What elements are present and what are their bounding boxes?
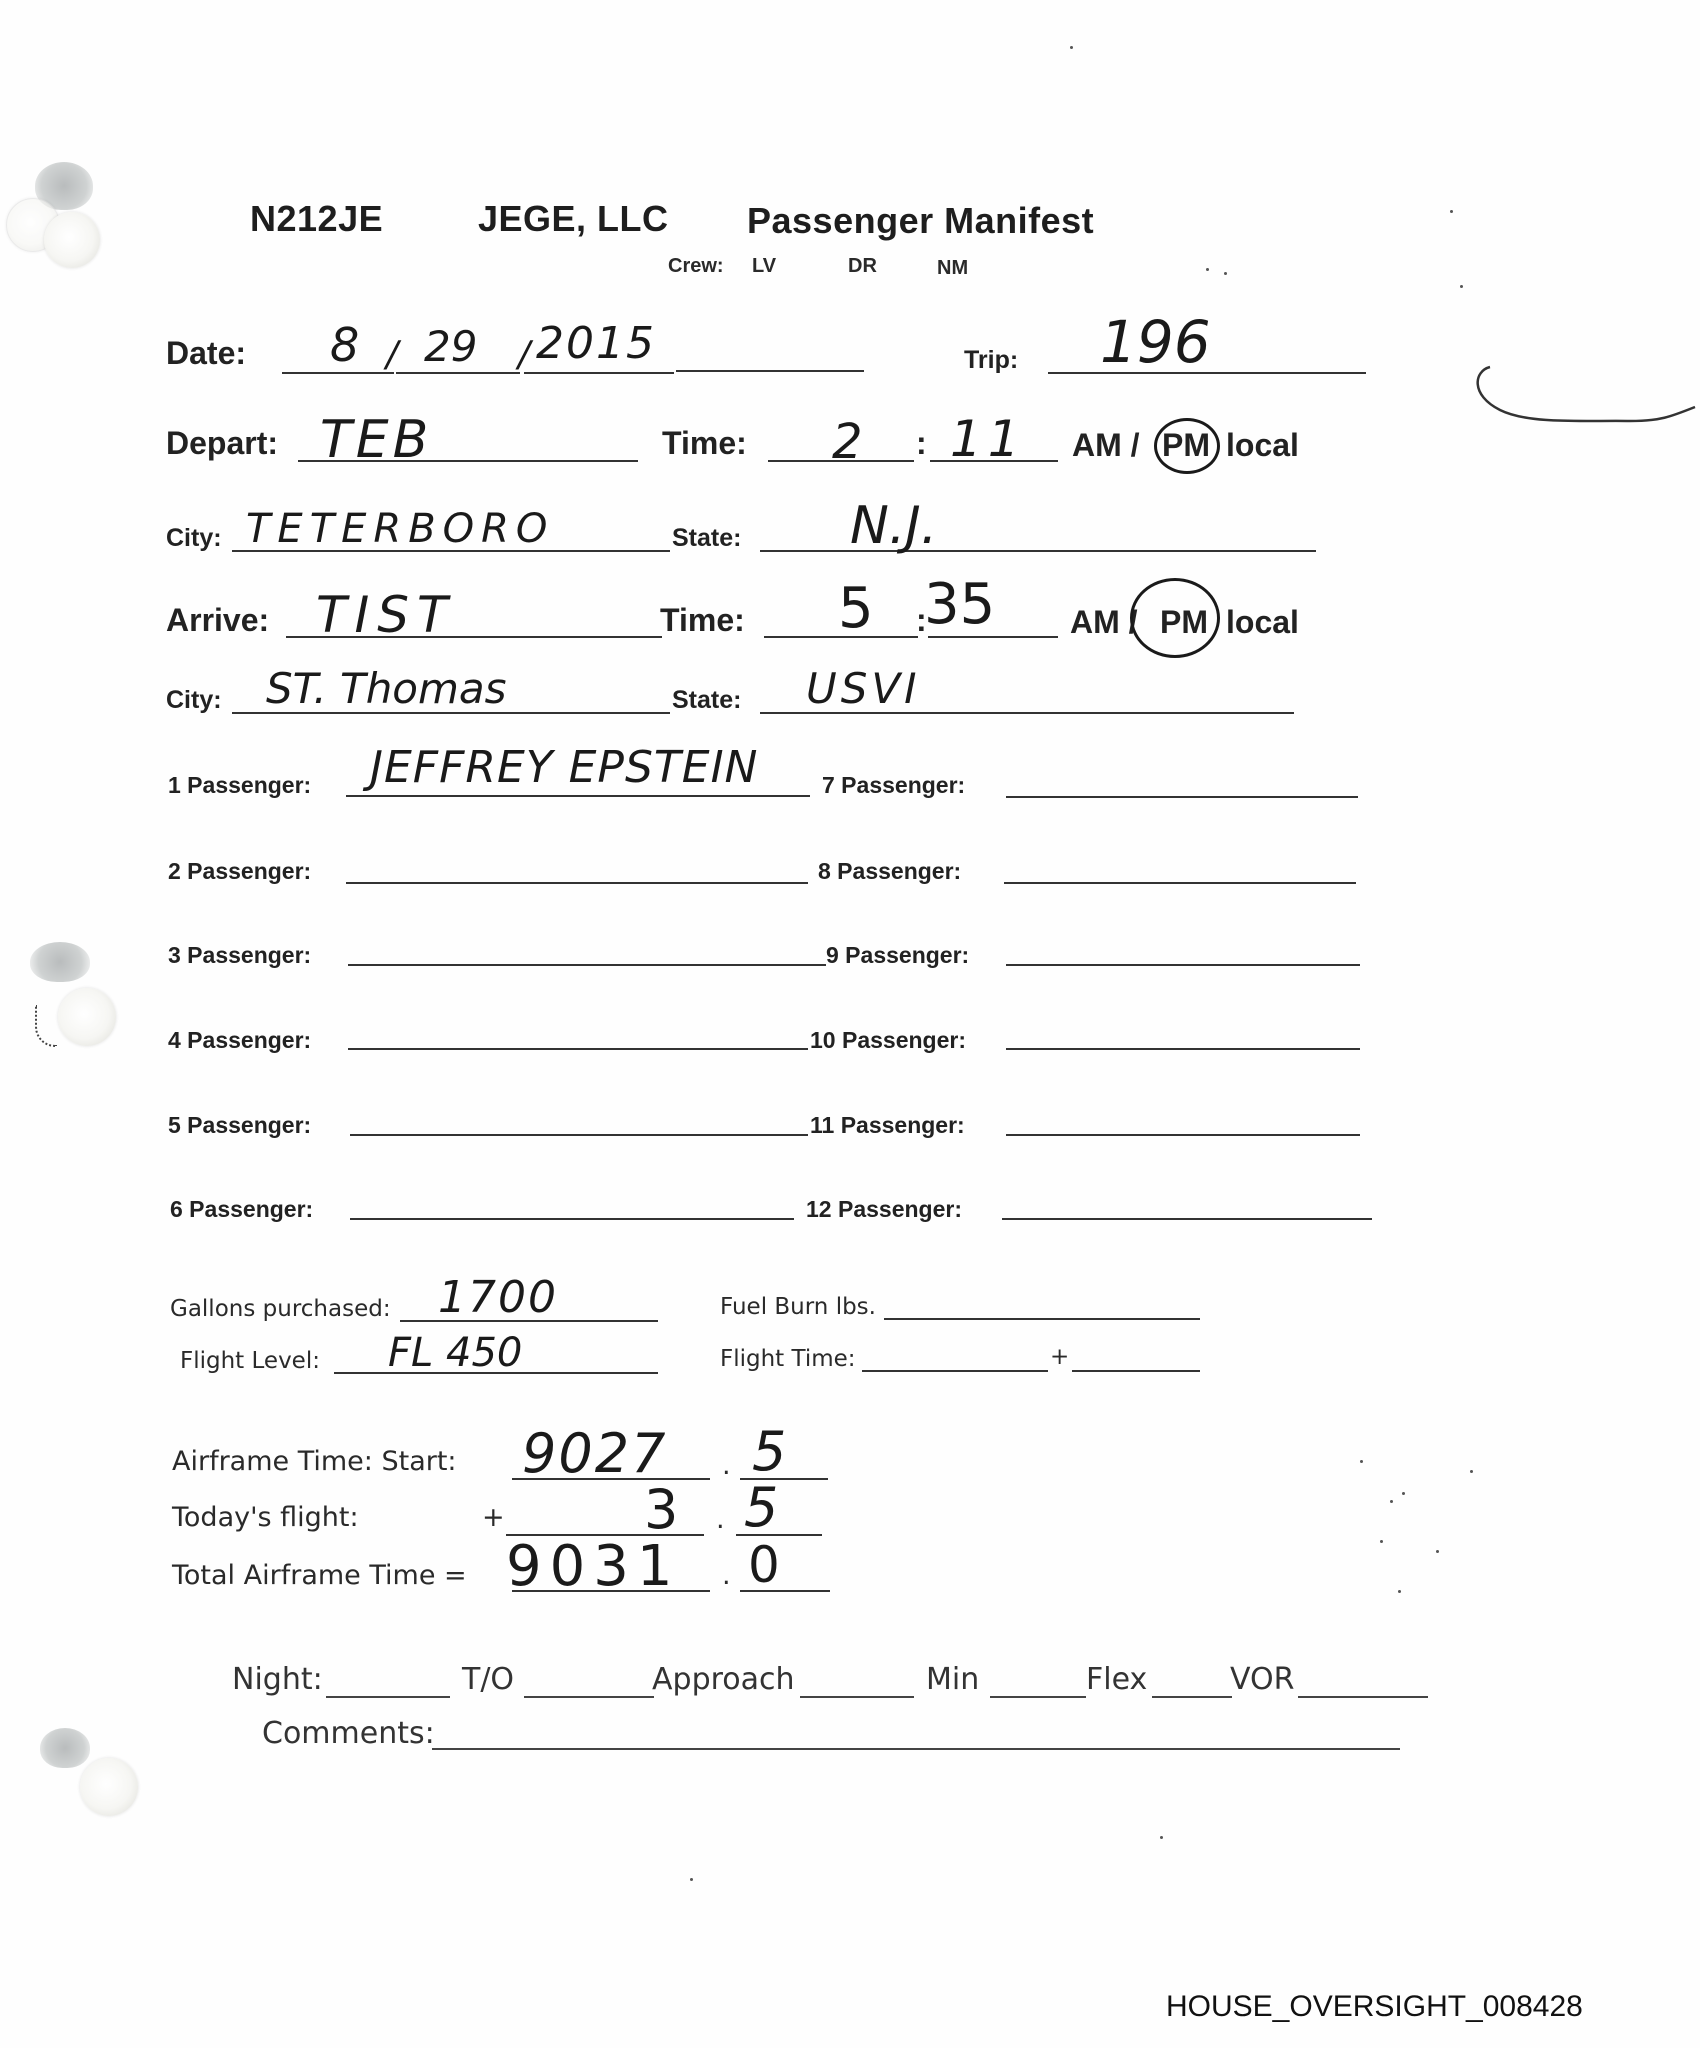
todays-flight-label: Today's flight: [172, 1502, 359, 1533]
tail-number: N212JE [250, 198, 383, 240]
flight-time-plus: + [1050, 1344, 1069, 1370]
passenger-8-label: 8 Passenger: [818, 858, 961, 885]
passenger-11-label: 11 Passenger: [810, 1112, 965, 1139]
flex-label: Flex [1086, 1662, 1147, 1697]
depart-pm-circle [1154, 418, 1220, 474]
fuel-burn-label: Fuel Burn lbs. [720, 1294, 876, 1320]
min-label: Min [926, 1662, 979, 1697]
passenger-4-label: 4 Passenger: [168, 1027, 311, 1054]
arrive-label: Arrive: [166, 602, 269, 639]
depart-time-label: Time: [662, 425, 747, 462]
total-airframe-tenth-value[interactable]: 0 [748, 1536, 780, 1594]
min-line [990, 1696, 1086, 1698]
depart-state-value[interactable]: N.J. [850, 496, 937, 556]
bates-stamp: HOUSE_OVERSIGHT_008428 [1166, 1990, 1583, 2024]
total-airframe-label: Total Airframe Time = [172, 1560, 467, 1591]
passenger-3-label: 3 Passenger: [168, 942, 311, 969]
depart-local-label: local [1226, 427, 1299, 464]
passenger-5-line [350, 1134, 808, 1136]
gallons-label: Gallons purchased: [170, 1296, 391, 1322]
passenger-9-line [1006, 964, 1360, 966]
stray-pen-mark [1470, 355, 1700, 435]
passenger-8-line [1004, 882, 1356, 884]
depart-state-label: State: [672, 524, 741, 553]
takeoff-line [524, 1696, 654, 1698]
scan-speck [1450, 210, 1453, 213]
airframe-start-whole-value[interactable]: 9027 [522, 1422, 667, 1485]
arrive-minute-value[interactable]: 35 [924, 572, 995, 637]
flight-time-minutes-line [1072, 1370, 1200, 1372]
vor-label: VOR [1230, 1662, 1294, 1697]
scan-speck [1070, 46, 1073, 49]
passenger-10-line [1006, 1048, 1360, 1050]
approach-line [800, 1696, 914, 1698]
night-line [326, 1696, 450, 1698]
crew-member-1: LV [752, 255, 776, 278]
crew-member-2: DR [848, 255, 877, 278]
scan-speck [1402, 1492, 1405, 1495]
airframe-start-label: Airframe Time: Start: [172, 1446, 457, 1477]
passenger-12-line [1002, 1218, 1372, 1220]
depart-airport-value[interactable]: TEB [320, 410, 432, 470]
hole-punch-top [0, 150, 110, 260]
scan-speck [1398, 1590, 1401, 1593]
airframe-start-tenth-value[interactable]: 5 [752, 1420, 786, 1483]
approach-label: Approach [652, 1662, 795, 1697]
passenger-7-label: 7 Passenger: [822, 772, 965, 799]
date-day-value[interactable]: 29 [424, 322, 477, 371]
arrive-hour-value[interactable]: 5 [838, 576, 874, 641]
flight-time-label: Flight Time: [720, 1346, 856, 1372]
passenger-3-line [348, 964, 826, 966]
date-month-value[interactable]: 8 [330, 318, 359, 372]
passenger-1-name[interactable]: JEFFREY EPSTEIN [370, 742, 758, 793]
passenger-6-label: 6 Passenger: [170, 1196, 313, 1223]
depart-label: Depart: [166, 425, 278, 462]
fuel-burn-line [884, 1318, 1200, 1320]
todays-flight-plus: + [482, 1502, 505, 1533]
depart-city-value[interactable]: TETERBORO [246, 506, 554, 552]
trip-label: Trip: [964, 346, 1018, 375]
flight-level-value[interactable]: FL 450 [388, 1330, 522, 1376]
todays-flight-whole-value[interactable]: 3 [644, 1478, 678, 1541]
scan-speck [690, 1878, 693, 1881]
depart-city-label: City: [166, 524, 222, 553]
passenger-10-label: 10 Passenger: [810, 1027, 966, 1054]
arrive-am-label[interactable]: AM / [1070, 604, 1138, 641]
passenger-7-line [1006, 796, 1358, 798]
company-name: JEGE, LLC [478, 198, 669, 240]
passenger-9-label: 9 Passenger: [826, 942, 969, 969]
hole-punch-bottom [30, 1720, 150, 1840]
scan-speck [1380, 1540, 1383, 1543]
passenger-2-line [346, 882, 808, 884]
depart-am-label[interactable]: AM / [1072, 427, 1140, 464]
passenger-5-label: 5 Passenger: [168, 1112, 311, 1139]
scan-speck [1470, 1470, 1473, 1473]
takeoff-label: T/O [462, 1662, 514, 1697]
trip-value[interactable]: 196 [1100, 308, 1211, 376]
passenger-4-line [348, 1048, 808, 1050]
date-year-value[interactable]: 2015 [536, 318, 656, 369]
total-airframe-whole-value[interactable]: 9031 [506, 1534, 681, 1599]
total-airframe-decimal: . [722, 1560, 731, 1591]
flight-level-label: Flight Level: [180, 1348, 320, 1374]
airframe-start-decimal: . [722, 1450, 731, 1481]
vor-line [1298, 1696, 1428, 1698]
comments-label: Comments: [262, 1716, 435, 1751]
crew-label: Crew: [668, 255, 724, 278]
date-day-line [396, 372, 520, 374]
todays-flight-decimal: . [716, 1504, 725, 1535]
depart-time-colon: : [916, 425, 927, 462]
passenger-11-line [1006, 1134, 1360, 1136]
scan-speck [1390, 1500, 1393, 1503]
arrive-city-value[interactable]: ST. Thomas [266, 664, 507, 713]
arrive-pm-circle [1130, 578, 1220, 658]
arrive-local-label: local [1226, 604, 1299, 641]
hole-punch-middle [0, 930, 130, 1060]
page-title: Passenger Manifest [747, 200, 1094, 242]
night-label: Night: [232, 1662, 323, 1697]
scan-speck [1360, 1460, 1363, 1463]
scan-speck [1436, 1550, 1439, 1553]
arrive-time-label: Time: [660, 602, 745, 639]
arrive-state-label: State: [672, 686, 741, 715]
arrive-city-label: City: [166, 686, 222, 715]
depart-minute-value[interactable]: 11 [950, 410, 1026, 468]
date-sep-2: / [518, 334, 530, 375]
date-month-line [282, 372, 394, 374]
depart-state-line [760, 550, 1316, 552]
date-sep-1: / [386, 334, 398, 375]
gallons-value[interactable]: 1700 [438, 1272, 558, 1323]
passenger-1-line [346, 795, 810, 797]
scan-speck [1460, 285, 1463, 288]
passenger-6-line [350, 1218, 794, 1220]
scan-speck [1206, 268, 1209, 271]
todays-flight-tenth-value[interactable]: 5 [744, 1476, 778, 1539]
comments-line [432, 1748, 1400, 1750]
passenger-1-label: 1 Passenger: [168, 772, 311, 799]
scan-speck [1160, 1836, 1163, 1839]
date-extra-line [676, 370, 864, 372]
arrive-airport-value[interactable]: TIST [316, 586, 456, 644]
arrive-state-value[interactable]: USVI [806, 664, 921, 713]
flex-line [1152, 1696, 1232, 1698]
scan-speck [1224, 272, 1227, 275]
passenger-12-label: 12 Passenger: [806, 1196, 962, 1223]
crew-member-3: NM [937, 257, 968, 280]
date-label: Date: [166, 335, 246, 372]
passenger-2-label: 2 Passenger: [168, 858, 311, 885]
date-year-line [524, 372, 674, 374]
depart-hour-value[interactable]: 2 [832, 414, 863, 470]
flight-time-hours-line [862, 1370, 1048, 1372]
